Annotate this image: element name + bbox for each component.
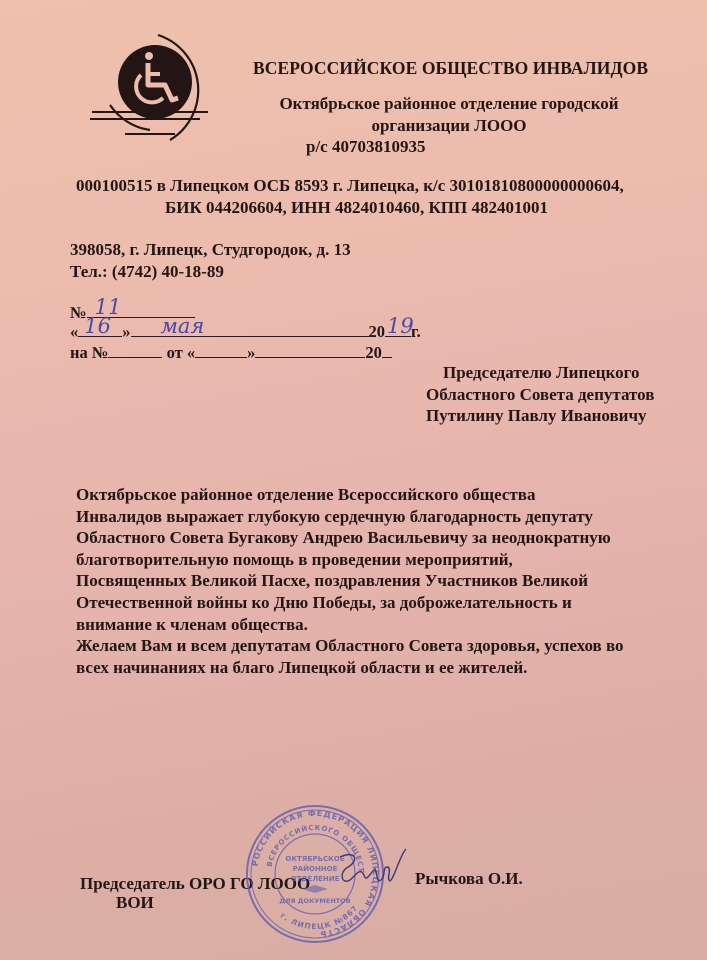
reply-reference-line: на № от «»20 (70, 343, 392, 363)
organization-title: ВСЕРОССИЙСКОЕ ОБЩЕСТВО ИНВАЛИДОВ (253, 58, 648, 79)
quote-close: » (122, 322, 130, 341)
bank-details-line2: БИК 044206604, ИНН 4824010460, КПП 48240… (165, 198, 548, 218)
reply-from-label: от « (167, 343, 196, 362)
date-line: «16»мая2019г. (70, 322, 421, 342)
letter-body: Октябрьское районное отделение Всероссий… (76, 484, 636, 678)
reply-day-field (195, 343, 247, 358)
reply-quote-close: » (247, 343, 255, 362)
reply-number-field (108, 343, 162, 358)
signatory-name: Рычкова О.И. (415, 869, 523, 889)
reply-number-label: на № (70, 343, 108, 362)
reply-year-field (382, 343, 392, 358)
svg-text:ДЛЯ ДОКУМЕНТОВ: ДЛЯ ДОКУМЕНТОВ (279, 897, 350, 905)
day-field: 16 (78, 322, 122, 337)
quote-open: « (70, 322, 78, 341)
bank-details-line1: 000100515 в Липецком ОСБ 8593 г. Липецка… (76, 176, 624, 196)
account-number: р/с 40703810935 (306, 137, 425, 157)
addressee-line3: Путилину Павлу Ивановичу (426, 405, 654, 427)
day-handwritten: 16 (84, 314, 111, 338)
year-prefix: 20 (369, 322, 386, 341)
month-handwritten: мая (161, 314, 205, 338)
addressee-line1: Председателю Липецкого (426, 362, 654, 384)
signatory-position-line2: ВОИ (116, 893, 154, 913)
wheelchair-logo-icon (90, 30, 220, 150)
phone: Тел.: (4742) 40-18-89 (70, 262, 224, 282)
year-field: 19 (385, 322, 411, 337)
addressee-line2: Областного Совета депутатов (426, 384, 654, 406)
addressee-block: Председателю Липецкого Областного Совета… (426, 362, 654, 427)
reply-year-prefix: 20 (365, 343, 382, 362)
branch-name: Октябрьское районное отделение городской… (264, 93, 634, 137)
reply-month-field (255, 343, 365, 358)
handwritten-signature (320, 845, 410, 895)
year-handwritten: 19 (387, 314, 414, 338)
month-field: мая (131, 322, 369, 337)
address: 398058, г. Липецк, Студгородок, д. 13 (70, 240, 351, 260)
